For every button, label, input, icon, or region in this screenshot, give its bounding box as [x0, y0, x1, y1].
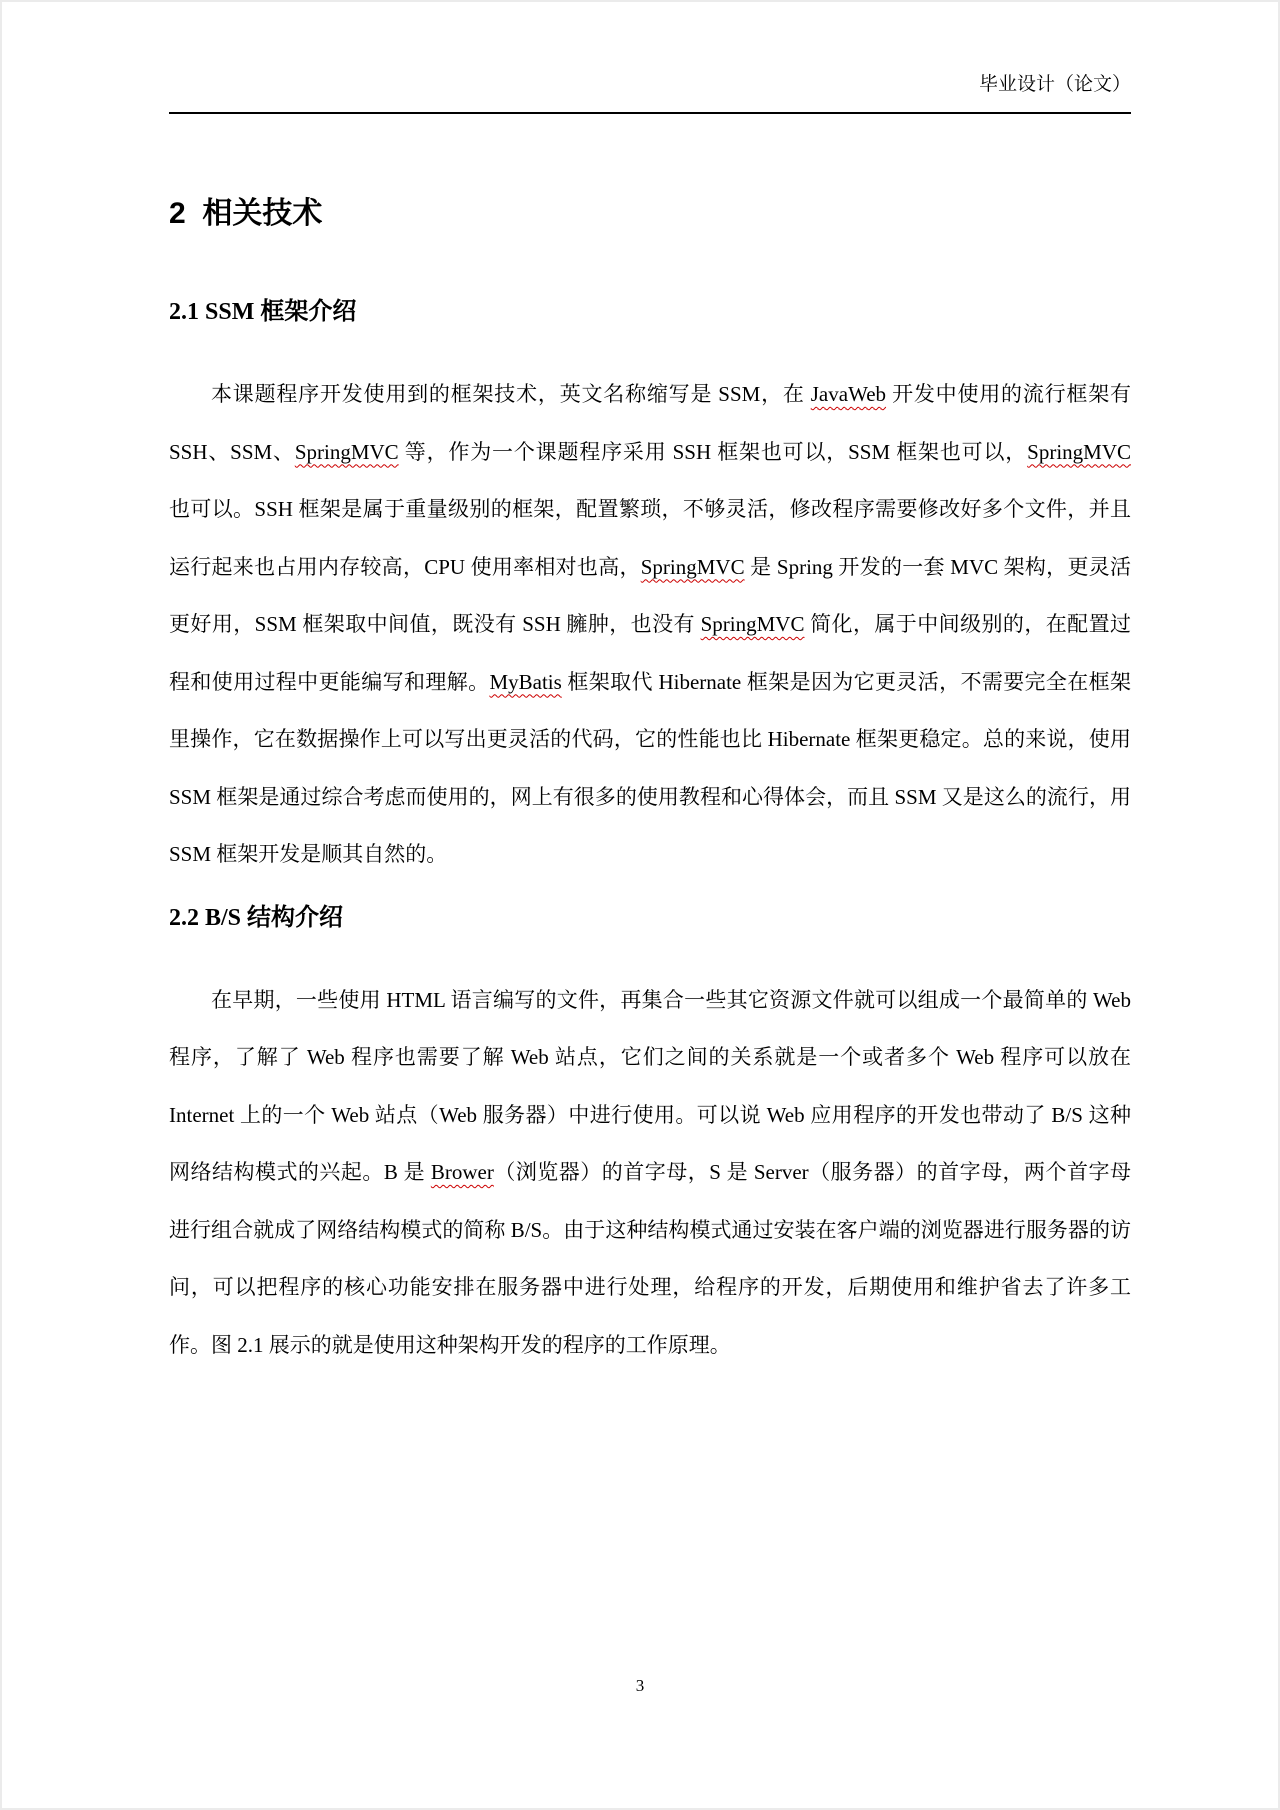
running-header-title: 毕业设计（论文）	[979, 74, 1131, 95]
text-run: （浏览器）的首字母，S 是 Server（服务器）的首字母，两个首字母进行组合就…	[169, 1160, 1131, 1357]
spellcheck-flagged-text: SpringMVC	[701, 612, 805, 636]
chapter-heading: 2 相关技术	[169, 194, 1131, 234]
spellcheck-flagged-text: JavaWeb	[811, 382, 886, 406]
text-run: 框架取代 Hibernate 框架是因为它更灵活，不需要完全在框架里操作，它在数…	[169, 670, 1131, 867]
spellcheck-flagged-text: SpringMVC	[295, 440, 399, 464]
section-heading-2-2: 2.2 B/S 结构介绍	[169, 902, 1131, 934]
spellcheck-flagged-text: SpringMVC	[641, 555, 745, 579]
text-run: 等，作为一个课题程序采用 SSH 框架也可以，SSM 框架也可以，	[399, 440, 1027, 464]
section-2-2-paragraph: 在早期，一些使用 HTML 语言编写的文件，再集合一些其它资源文件就可以组成一个…	[169, 972, 1131, 1375]
running-header: 毕业设计（论文）	[169, 72, 1131, 98]
document-page: 毕业设计（论文） 2 相关技术 2.1 SSM 框架介绍 本课题程序开发使用到的…	[0, 0, 1280, 1810]
page-footer: 3	[2, 1674, 1278, 1698]
text-run: 在早期，一些使用 HTML 语言编写的文件，再集合一些其它资源文件就可以组成一个…	[169, 988, 1131, 1185]
page-number: 3	[636, 1676, 645, 1695]
spellcheck-flagged-text: SpringMVC	[1027, 440, 1131, 464]
spellcheck-flagged-text: Brower	[431, 1160, 494, 1184]
section-2-1-paragraph: 本课题程序开发使用到的框架技术，英文名称缩写是 SSM，在 JavaWeb 开发…	[169, 366, 1131, 884]
header-rule	[169, 112, 1131, 114]
text-run: 本课题程序开发使用到的框架技术，英文名称缩写是 SSM，在	[211, 382, 811, 406]
spellcheck-flagged-text: MyBatis	[489, 670, 561, 694]
section-heading-2-1: 2.1 SSM 框架介绍	[169, 296, 1131, 328]
